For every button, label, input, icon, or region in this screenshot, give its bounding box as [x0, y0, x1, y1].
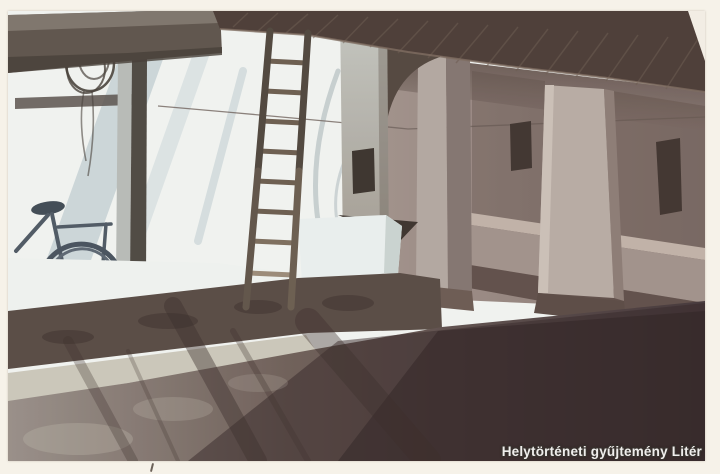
scanned-photo-page: Helytörténeti gyűjtemény Litér	[0, 0, 720, 474]
photograph: Helytörténeti gyűjtemény Litér	[8, 11, 705, 461]
scan-mark	[150, 463, 154, 472]
photo-tint	[8, 11, 705, 461]
watermark-text: Helytörténeti gyűjtemény Litér	[502, 444, 702, 459]
photo-scene	[8, 11, 705, 461]
